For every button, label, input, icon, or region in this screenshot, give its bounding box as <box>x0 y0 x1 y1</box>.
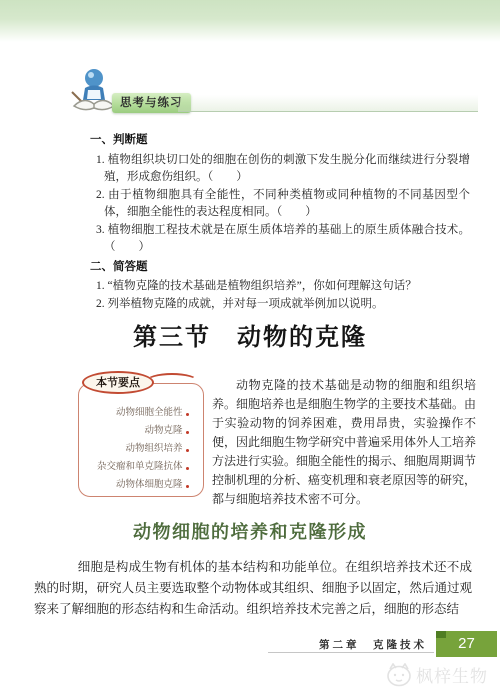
bullet-dot-icon <box>186 485 190 489</box>
header-band <box>178 95 478 111</box>
textbook-page: 思考与练习 一、判断题 1. 植物组织块切口处的细胞在创伤的刺激下发生脱分化而继… <box>0 0 500 700</box>
key-points-label: 本节要点 <box>82 371 154 394</box>
key-points-list: 动物细胞全能性 动物克隆 动物组织培养 杂交瘤和单克隆抗体 动物体细胞克隆 <box>85 404 189 494</box>
bullet-dot-icon <box>186 413 190 417</box>
page-number: 27 <box>458 635 475 652</box>
watermark-text: 枫梓生物 <box>416 662 488 687</box>
page-number-box: 27 <box>436 631 497 657</box>
bullet-dot-icon <box>186 449 190 453</box>
key-points-box: 动物细胞全能性 动物克隆 动物组织培养 杂交瘤和单克隆抗体 动物体细胞克隆 <box>78 383 204 497</box>
key-point-item: 动物体细胞克隆 <box>85 476 189 494</box>
footer-rule <box>268 652 434 653</box>
short-answer-title: 二、简答题 <box>90 259 470 277</box>
subsection-title: 动物细胞的培养和克隆形成 <box>0 518 500 544</box>
short-answer-question-1: 1. “植物克隆的技术基础是植物组织培养”，你如何理解这句话？ <box>90 278 470 296</box>
header-rule <box>178 111 478 112</box>
judge-question-3: 3. 植物细胞工程技术就是在原生质体培养的基础上的原生质体融合技术。（ ） <box>90 222 470 257</box>
key-point-item: 动物细胞全能性 <box>85 404 189 422</box>
section-title: 第三节 动物的克隆 <box>0 317 500 352</box>
judge-question-1: 1. 植物组织块切口处的细胞在创伤的刺激下发生脱分化而继续进行分裂增殖，形成愈伤… <box>90 152 470 187</box>
footer-chapter-title: 第二章 克隆技术 <box>319 637 427 652</box>
key-point-item: 动物克隆 <box>85 422 189 440</box>
cat-face-icon <box>386 663 412 687</box>
body-paragraph: 细胞是构成生物有机体的基本结构和功能单位。在组织培养技术还不成熟的时期，研究人员… <box>34 557 472 620</box>
short-answer-question-2: 2. 列举植物克隆的成就，并对每一项成就举例加以说明。 <box>90 296 470 314</box>
key-point-item: 动物组织培养 <box>85 440 189 458</box>
publisher-watermark: 枫梓生物 <box>386 662 488 687</box>
intro-paragraph: 动物克隆的技术基础是动物的细胞和组织培养。细胞培养也是细胞生物学的主要技术基础。… <box>212 376 476 509</box>
bullet-dot-icon <box>186 431 190 435</box>
bullet-dot-icon <box>186 467 190 471</box>
exercise-questions: 一、判断题 1. 植物组织块切口处的细胞在创伤的刺激下发生脱分化而继续进行分裂增… <box>90 130 470 313</box>
judge-question-2: 2. 由于植物细胞具有全能性，不同种类植物或同种植物的不同基因型个体，细胞全能性… <box>90 187 470 222</box>
key-point-item: 杂交瘤和单克隆抗体 <box>85 458 189 476</box>
judge-questions-title: 一、判断题 <box>90 132 470 150</box>
top-gradient-banner <box>0 0 500 42</box>
